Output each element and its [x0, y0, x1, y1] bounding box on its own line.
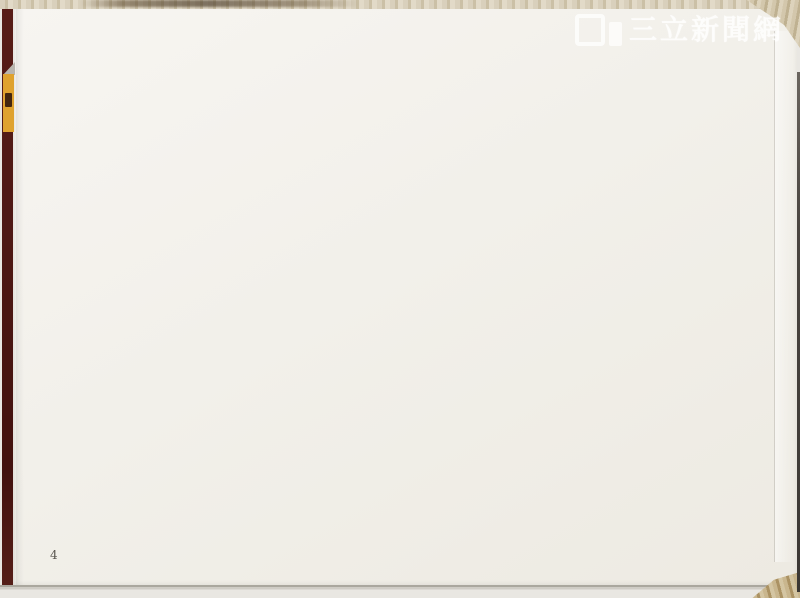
book-photo: 哇ㄨㄚ！想ㄒㄧㄤˇ不ㄅㄨˊ到ㄉㄠˋ小ㄒㄧㄠˇ鎮ㄓㄣˋ的˙ㄉㄜ底ㄉㄧˇ下ㄒㄧㄚˋ，… [0, 0, 800, 598]
page-gutter-crease [16, 6, 24, 587]
setn-logo-icon [575, 14, 622, 46]
mat-fringe-top [80, 0, 360, 7]
watermark-text: 三立新聞網 [629, 16, 784, 44]
page-number: 4 [50, 548, 58, 562]
page-edge-highlight [775, 31, 793, 562]
table-surface-bottom [0, 585, 800, 598]
watermark: 三立新聞網 [575, 14, 784, 46]
cover-art-dark-window [5, 93, 12, 107]
book-page [13, 6, 797, 587]
